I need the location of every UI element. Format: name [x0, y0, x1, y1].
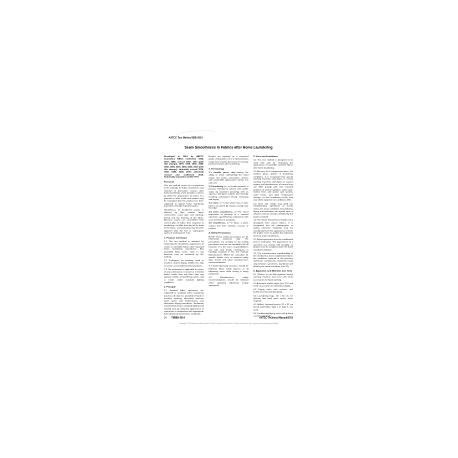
definition-item: 3.4 seam smoothness, n.—the visual impre…: [209, 211, 249, 221]
apparatus-item: 6.2 Automatic tumble dryer (see 12.2 and…: [253, 282, 293, 287]
foreword-paragraph: This test method serves as a companion t…: [164, 184, 204, 207]
apparatus-item: 6.1 Washer or tub with agitation basket …: [253, 273, 293, 281]
section-4-heading: 4. Safety Precautions: [209, 232, 249, 235]
header-meta: AATCC Test Method 88B-2014: [169, 137, 203, 139]
footer-doc-code: TM88B-2014: [171, 317, 185, 319]
document-preview: AATCC Test Method 88B-2014 Seam Smoothne…: [0, 0, 458, 458]
document-page: AATCC Test Method 88B-2014 Seam Smoothne…: [164, 128, 293, 333]
page-footer: 14 TM88B-2014 AATCC Technical Manual/201…: [164, 317, 293, 319]
definition-text: of textile materials, a process intended…: [209, 185, 249, 200]
section-2-heading: 2. Principle: [164, 286, 204, 289]
section-1-heading: 1. Purpose and Scope: [164, 237, 204, 240]
footer-copyright: Copyright © 2014 American Association of…: [164, 323, 293, 325]
text-columns: Developed in 1961 by AATCC Committee RA6…: [164, 155, 293, 316]
footer-page-number: 14: [164, 317, 167, 319]
column-left: Developed in 1961 by AATCC Committee RA6…: [164, 155, 204, 316]
column-center: Results are reported as a numerical grad…: [209, 155, 249, 316]
page-title: Seam Smoothness in Fabrics after Home La…: [164, 145, 293, 149]
paragraph-1-1: 1.1 This test method is intended for eva…: [164, 240, 204, 258]
definition-item: 3.2 laundering, n.—of textile materials,…: [209, 185, 249, 201]
safety-note: NOTE: These safety precautions are for i…: [209, 236, 249, 265]
paragraph-5-5: 5.5 Rated specimens must be conditioned …: [253, 238, 293, 251]
definition-item: 3.5 smoothness, n.—in fabric, a plane su…: [209, 222, 249, 230]
apparatus-item: 6.3 Drying racks with screens, and facil…: [253, 288, 293, 293]
apparatus-item: 6.5 Ballast, hemmed pieces 92 x 92 cm (w…: [253, 303, 293, 311]
paragraph-5-6: 5.6 The interlaboratory reproducibility …: [253, 252, 293, 268]
history-note: Developed in 1961 by AATCC Committee RA6…: [164, 155, 204, 178]
paragraph-2-1: 2.1 Seamed fabric specimens are subjecte…: [164, 289, 204, 315]
definition-text: having the ability to retain substantial…: [209, 171, 249, 184]
paragraph-1-2: 1.2 Techniques for washing, hand or mach…: [164, 259, 204, 267]
paragraph-5-3: 5.3 Tests and ratings may yield low inte…: [253, 203, 293, 219]
section-6-heading: 6. Apparatus and Materials (see 12.1): [253, 270, 293, 273]
section-5-heading: 5. Uses and Limitations: [253, 155, 293, 158]
section-3-heading: 3. Terminology: [209, 168, 249, 171]
column-right: 5. Uses and Limitations 5.1 This test me…: [253, 155, 293, 316]
paragraph-5-4: 5.4 The Seam Smoothness Grades were deve…: [253, 219, 293, 237]
paragraph-5-1: 5.1 This test method is designed to be u…: [253, 159, 293, 169]
paragraph-5-2: 5.2 Because of its comparative basis, th…: [253, 170, 293, 201]
foreword-heading: Foreword: [164, 181, 204, 184]
apparatus-item: 6.4 Laundering bags, 60 x 60 cm, for del…: [253, 295, 293, 303]
definition-item: 3.3 seam, n.—a line where two or more fa…: [209, 202, 249, 210]
footer-manual-ref: AATCC Technical Manual/2015: [259, 317, 293, 319]
continuation-paragraph: Results are reported as a numerical grad…: [209, 155, 249, 165]
definition-item: 3.1 durable press, adj.—having the abili…: [209, 171, 249, 184]
paragraph-1-3: 1.3 The evaluation is applicable to seam…: [164, 268, 204, 284]
foreword-paragraph: Smoothness of laundered seams is affecte…: [164, 209, 204, 235]
paragraph-4-1: 4.1 Good laboratory practices should be …: [209, 265, 249, 275]
paragraph-4-2: 4.2 Manufacturer's safety recommendation…: [209, 276, 249, 286]
